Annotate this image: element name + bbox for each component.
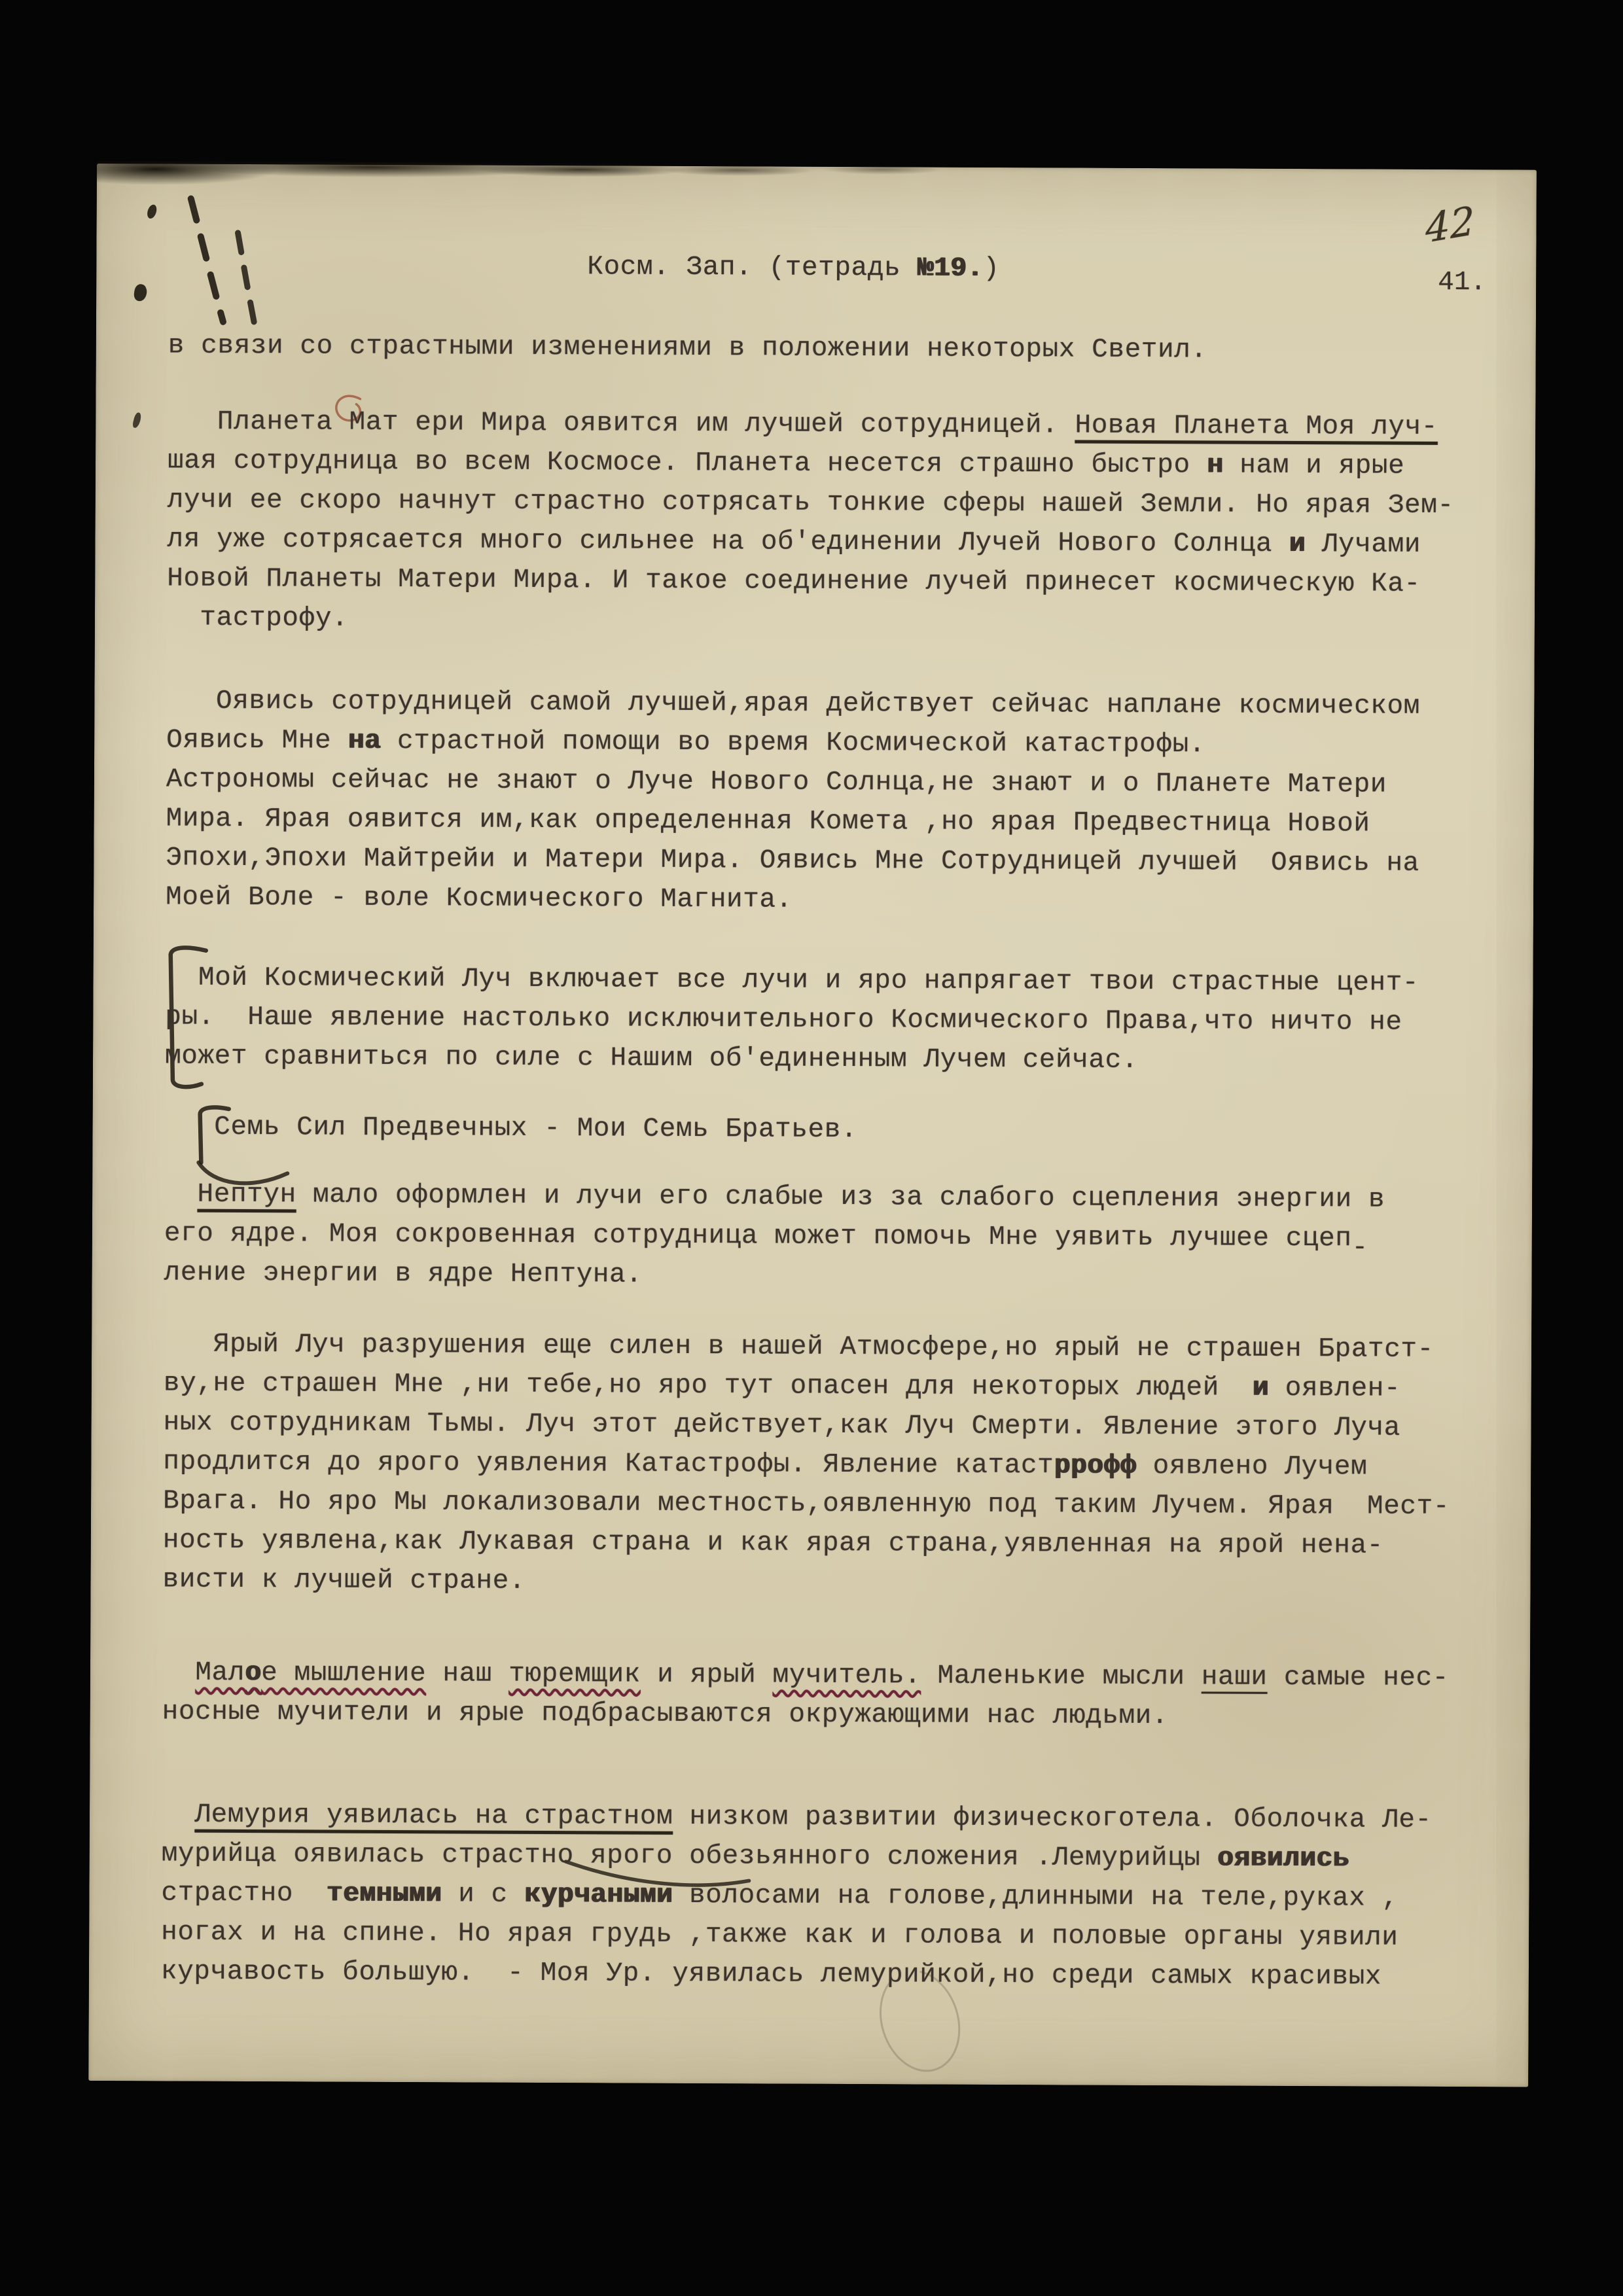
text-segment: и ярый xyxy=(641,1660,773,1691)
text-segment: Лемурия уявилась на страстном xyxy=(194,1800,673,1832)
text-line: его ядре. Моя сокровенная сотрудница мож… xyxy=(164,1214,1505,1259)
text-segment: в связи со страстными изменениями в поло… xyxy=(168,330,1207,365)
text-segment: Мира. Ярая оявится им,как определенная К… xyxy=(166,804,1370,839)
text-segment: Новая Планета Моя луч- xyxy=(1075,411,1438,442)
text-segment: наши xyxy=(1202,1662,1268,1692)
text-segment: Моей Воле - воле Космического Магнита. xyxy=(166,882,793,915)
text-segment: Нептун xyxy=(197,1180,296,1210)
paragraph: Ярый Луч разрушения еще силен в нашей Ат… xyxy=(162,1324,1504,1605)
text-segment: страстно xyxy=(161,1878,326,1909)
text-line: ность уявлена,как Лукавая страна и как я… xyxy=(163,1521,1503,1566)
text-segment: и с xyxy=(442,1879,524,1910)
text-segment: Планета Мат ери Мира оявится им лучшей с… xyxy=(168,406,1075,440)
text-segment: лучи ее скоро начнут страстно сотрясать … xyxy=(168,485,1454,521)
text-segment: ры. Наше явление настолько исключительно… xyxy=(165,1002,1402,1037)
text-line: курчавость большую. - Моя Ур. уявилась л… xyxy=(161,1952,1501,1997)
text-segment: о xyxy=(245,1658,261,1688)
text-segment: ву,не страшен Мне ,ни тебе,но яро тут оп… xyxy=(164,1368,1253,1403)
text-segment: Лучами xyxy=(1305,529,1421,560)
text-segment: курчавость большую. - Моя Ур. уявилась л… xyxy=(161,1956,1382,1992)
text-segment: его ядре. Моя сокровенная сотрудница мож… xyxy=(164,1218,1352,1254)
text-segment: Оявись Мне xyxy=(166,725,348,756)
text-segment: наш xyxy=(426,1659,508,1689)
text-line: Семь Сил Предвечных - Мои Семь Братьев. xyxy=(164,1107,1505,1152)
ink-dot-2 xyxy=(133,283,148,302)
page-number-handwritten: 42 xyxy=(1425,198,1475,253)
text-segment: оявлен- xyxy=(1268,1373,1400,1404)
text-line: Оявись сотрудницей самой лучшей,ярая дей… xyxy=(166,681,1507,726)
text-line: ры. Наше явление настолько исключительно… xyxy=(165,997,1505,1042)
text-segment: ление энергии в ядре Нептуна. xyxy=(164,1258,643,1290)
paragraph: в связи со страстными изменениями в поло… xyxy=(168,326,1508,371)
text-line: Малое мышление наш тюремщик и ярый мучит… xyxy=(162,1653,1503,1698)
text-line: Мира. Ярая оявится им,как определенная К… xyxy=(166,799,1507,844)
text-segment: ногах и на спине. Но ярая грудь ,также к… xyxy=(161,1917,1398,1952)
text-segment: Ярый Луч разрушения еще силен в нашей Ат… xyxy=(164,1329,1434,1364)
text-line: продлится до ярого уявления Катастрофы. … xyxy=(163,1442,1503,1487)
text-segment: может сравниться по силе с Нашим об'един… xyxy=(165,1041,1138,1075)
ink-dot-1 xyxy=(146,203,158,220)
page-title-suffix: ) xyxy=(983,254,999,284)
text-line: страстно темными и с курчаными волосами … xyxy=(161,1873,1501,1918)
typewritten-text: в связи со страстными изменениями в поло… xyxy=(161,326,1508,1997)
text-line: ногах и на спине. Но ярая грудь ,также к… xyxy=(161,1913,1501,1958)
paragraph: Оявись сотрудницей самой лучшей,ярая дей… xyxy=(166,681,1507,923)
text-line: мурийца оявилась страстно ярого обезьянн… xyxy=(162,1834,1502,1879)
paragraph: Планета Мат ери Мира оявится им лучшей с… xyxy=(167,402,1508,643)
text-line: Мой Космический Луч включает все лучи и … xyxy=(165,958,1505,1003)
text-segment: волосами на голове,длинными на теле,рука… xyxy=(673,1881,1399,1914)
text-segment: на xyxy=(348,726,381,756)
scan-background: Косм. Зап. (тетрадь №19.) 41. 42 в связи… xyxy=(0,0,1623,2296)
text-line: Астрономы сейчас не знают о Луче Нового … xyxy=(166,760,1507,805)
paragraph: Семь Сил Предвечных - Мои Семь Братьев. xyxy=(164,1107,1505,1152)
text-segment: оявились xyxy=(1217,1843,1349,1874)
text-line: висти к лучшей стране. xyxy=(162,1560,1503,1605)
text-segment xyxy=(162,1799,195,1829)
text-segment: Новой Планеты Матери Мира. И такое соеди… xyxy=(167,563,1421,599)
text-line: шая сотрудница во всем Космосе. Планета … xyxy=(168,441,1508,486)
text-line: тастрофу. xyxy=(167,598,1507,643)
notebook-number: №19. xyxy=(917,253,983,283)
text-segment: носные мучители и ярые подбрасываются ок… xyxy=(162,1697,1169,1731)
text-line: ву,не страшен Мне ,ни тебе,но яро тут оп… xyxy=(164,1364,1504,1409)
text-segment: Мал xyxy=(195,1658,245,1688)
text-segment: тастрофу. xyxy=(167,603,348,633)
text-line: ных сотрудникам Тьмы. Луч этот действует… xyxy=(163,1403,1503,1448)
text-segment: ррофф xyxy=(1054,1451,1136,1481)
ink-tick xyxy=(132,412,142,429)
page-title: Косм. Зап. (тетрадь №19.) xyxy=(587,252,999,284)
text-segment: Семь Сил Предвечных - Мои Семь Братьев. xyxy=(164,1112,857,1145)
text-line: ление энергии в ядре Нептуна. xyxy=(164,1253,1504,1298)
ink-smudge-top-edge xyxy=(97,161,1026,220)
text-segment: е мышление xyxy=(261,1658,426,1689)
text-segment: низком развитии физическоготела. Оболочк… xyxy=(673,1802,1432,1835)
text-line: Нептун мало оформлен и лучи его слабые и… xyxy=(164,1174,1505,1220)
text-line: Планета Мат ери Мира оявится им лучшей с… xyxy=(168,402,1508,447)
ink-dash-strokes xyxy=(181,194,274,335)
text-segment: и xyxy=(1289,529,1305,559)
text-line: лучи ее скоро начнут страстно сотрясать … xyxy=(168,480,1508,525)
paragraph: Нептун мало оформлен и лучи его слабые и… xyxy=(164,1174,1505,1298)
text-segment: курчаными xyxy=(524,1880,673,1911)
text-segment: оявлено Лучем xyxy=(1136,1451,1367,1483)
document-page: Косм. Зап. (тетрадь №19.) 41. 42 в связи… xyxy=(88,164,1537,2087)
text-segment: мурийца оявилась страстно ярого обезьянн… xyxy=(162,1839,1217,1873)
text-segment: - xyxy=(1351,1228,1368,1267)
text-segment: Мой Космический Луч включает все лучи и … xyxy=(165,963,1419,998)
text-segment: мучитель. xyxy=(772,1661,921,1691)
text-segment: шая сотрудница во всем Космосе. Планета … xyxy=(168,446,1207,480)
text-segment: ля уже сотрясается много сильнее на об'е… xyxy=(167,524,1289,559)
text-segment: мало оформлен и лучи его слабые из за сл… xyxy=(296,1180,1385,1214)
text-line: Эпохи,Эпохи Майтрейи и Матери Мира. Ояви… xyxy=(166,838,1506,883)
text-segment: н xyxy=(1207,450,1223,480)
text-segment: Астрономы сейчас не знают о Луче Нового … xyxy=(166,764,1387,800)
text-segment: Оявись сотрудницей самой лучшей,ярая дей… xyxy=(166,686,1420,721)
text-segment xyxy=(164,1179,198,1209)
text-line: Лемурия уявилась на страстном низком раз… xyxy=(162,1795,1502,1840)
text-segment: ных сотрудникам Тьмы. Луч этот действует… xyxy=(164,1407,1400,1443)
text-line: ля уже сотрясается много сильнее на об'е… xyxy=(167,520,1507,565)
paragraph: Лемурия уявилась на страстном низком раз… xyxy=(161,1795,1502,1997)
text-segment xyxy=(162,1657,196,1687)
text-segment: продлится до ярого уявления Катастрофы. … xyxy=(163,1447,1054,1481)
paragraph: Малое мышление наш тюремщик и ярый мучит… xyxy=(162,1653,1503,1737)
text-segment: Эпохи,Эпохи Майтрейи и Матери Мира. Ояви… xyxy=(166,843,1419,878)
text-segment: Маленькие мысли xyxy=(921,1661,1202,1693)
text-segment: ность уявлена,как Лукавая страна и как я… xyxy=(163,1525,1383,1561)
text-line: носные мучители и ярые подбрасываются ок… xyxy=(162,1692,1503,1737)
text-line: может сравниться по силе с Нашим об'един… xyxy=(165,1036,1505,1082)
text-line: Оявись Мне на страстной помощи во время … xyxy=(166,720,1507,766)
text-segment: самые нес- xyxy=(1268,1663,1449,1693)
text-segment: тюремщик xyxy=(508,1659,641,1690)
text-line: Врага. Но яро Мы локализовали местность,… xyxy=(163,1481,1503,1527)
text-line: Новой Планеты Матери Мира. И такое соеди… xyxy=(167,559,1507,604)
paragraph: Мой Космический Луч включает все лучи и … xyxy=(165,958,1506,1082)
text-segment: страстной помощи во время Космической ка… xyxy=(381,726,1205,760)
text-segment: темными xyxy=(326,1879,442,1910)
text-segment: висти к лучшей стране. xyxy=(162,1564,526,1596)
text-line: Ярый Луч разрушения еще силен в нашей Ат… xyxy=(164,1324,1504,1369)
text-line: в связи со страстными изменениями в поло… xyxy=(168,326,1508,371)
text-segment: и xyxy=(1252,1373,1268,1404)
page-title-prefix: Косм. Зап. (тетрадь xyxy=(587,252,917,283)
text-line: Моей Воле - воле Космического Магнита. xyxy=(166,877,1506,923)
text-segment: Врага. Но яро Мы локализовали местность,… xyxy=(163,1486,1450,1522)
text-segment: нам и ярые xyxy=(1223,451,1404,482)
page-number-typed: 41. xyxy=(1438,268,1486,298)
